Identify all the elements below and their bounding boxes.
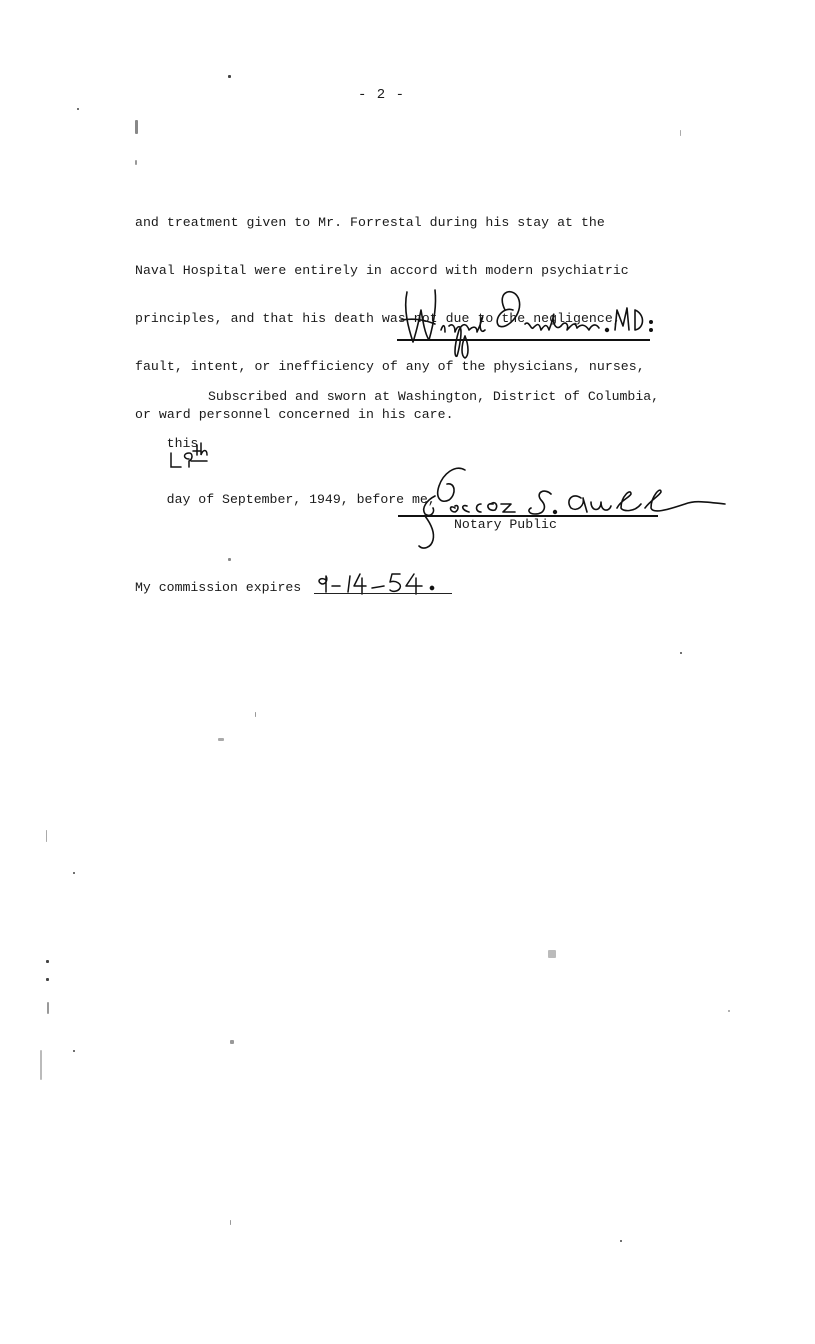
scan-speck — [548, 950, 556, 958]
scan-speck — [218, 738, 224, 741]
scan-speck — [228, 558, 231, 561]
commission-label: My commission expires — [135, 580, 301, 595]
scan-speck — [135, 160, 137, 165]
scan-speck — [620, 1240, 622, 1242]
scan-speck — [47, 1002, 49, 1014]
scan-speck — [46, 960, 49, 963]
body-line: Naval Hospital were entirely in accord w… — [135, 263, 645, 279]
scan-speck — [230, 1220, 231, 1225]
signature-line — [397, 339, 650, 341]
scan-speck — [228, 75, 231, 78]
body-line: and treatment given to Mr. Forrestal dur… — [135, 215, 645, 231]
scan-speck — [680, 130, 681, 136]
scan-speck — [46, 978, 49, 981]
scan-speck — [255, 712, 256, 717]
commission-date-line — [314, 593, 452, 594]
physician-signature — [395, 280, 695, 360]
scan-speck — [73, 872, 75, 874]
scan-speck — [73, 1050, 75, 1052]
handwritten-day — [167, 451, 209, 471]
scan-speck — [40, 1050, 42, 1080]
scan-speck — [46, 830, 47, 842]
scan-speck — [77, 108, 79, 110]
notary-signature — [395, 460, 735, 555]
scan-speck — [680, 652, 682, 654]
scan-speck — [135, 120, 138, 134]
commission-expiry-date — [312, 568, 462, 602]
date-statement: this day of September, 1949, before me, — [135, 421, 436, 522]
body-line: fault, intent, or inefficiency of any of… — [135, 359, 645, 375]
page-number: - 2 - — [358, 87, 405, 103]
sworn-statement: Subscribed and sworn at Washington, Dist… — [208, 389, 659, 404]
scan-speck — [230, 1040, 234, 1044]
notary-title: Notary Public — [454, 517, 557, 532]
scan-speck — [728, 1010, 730, 1012]
